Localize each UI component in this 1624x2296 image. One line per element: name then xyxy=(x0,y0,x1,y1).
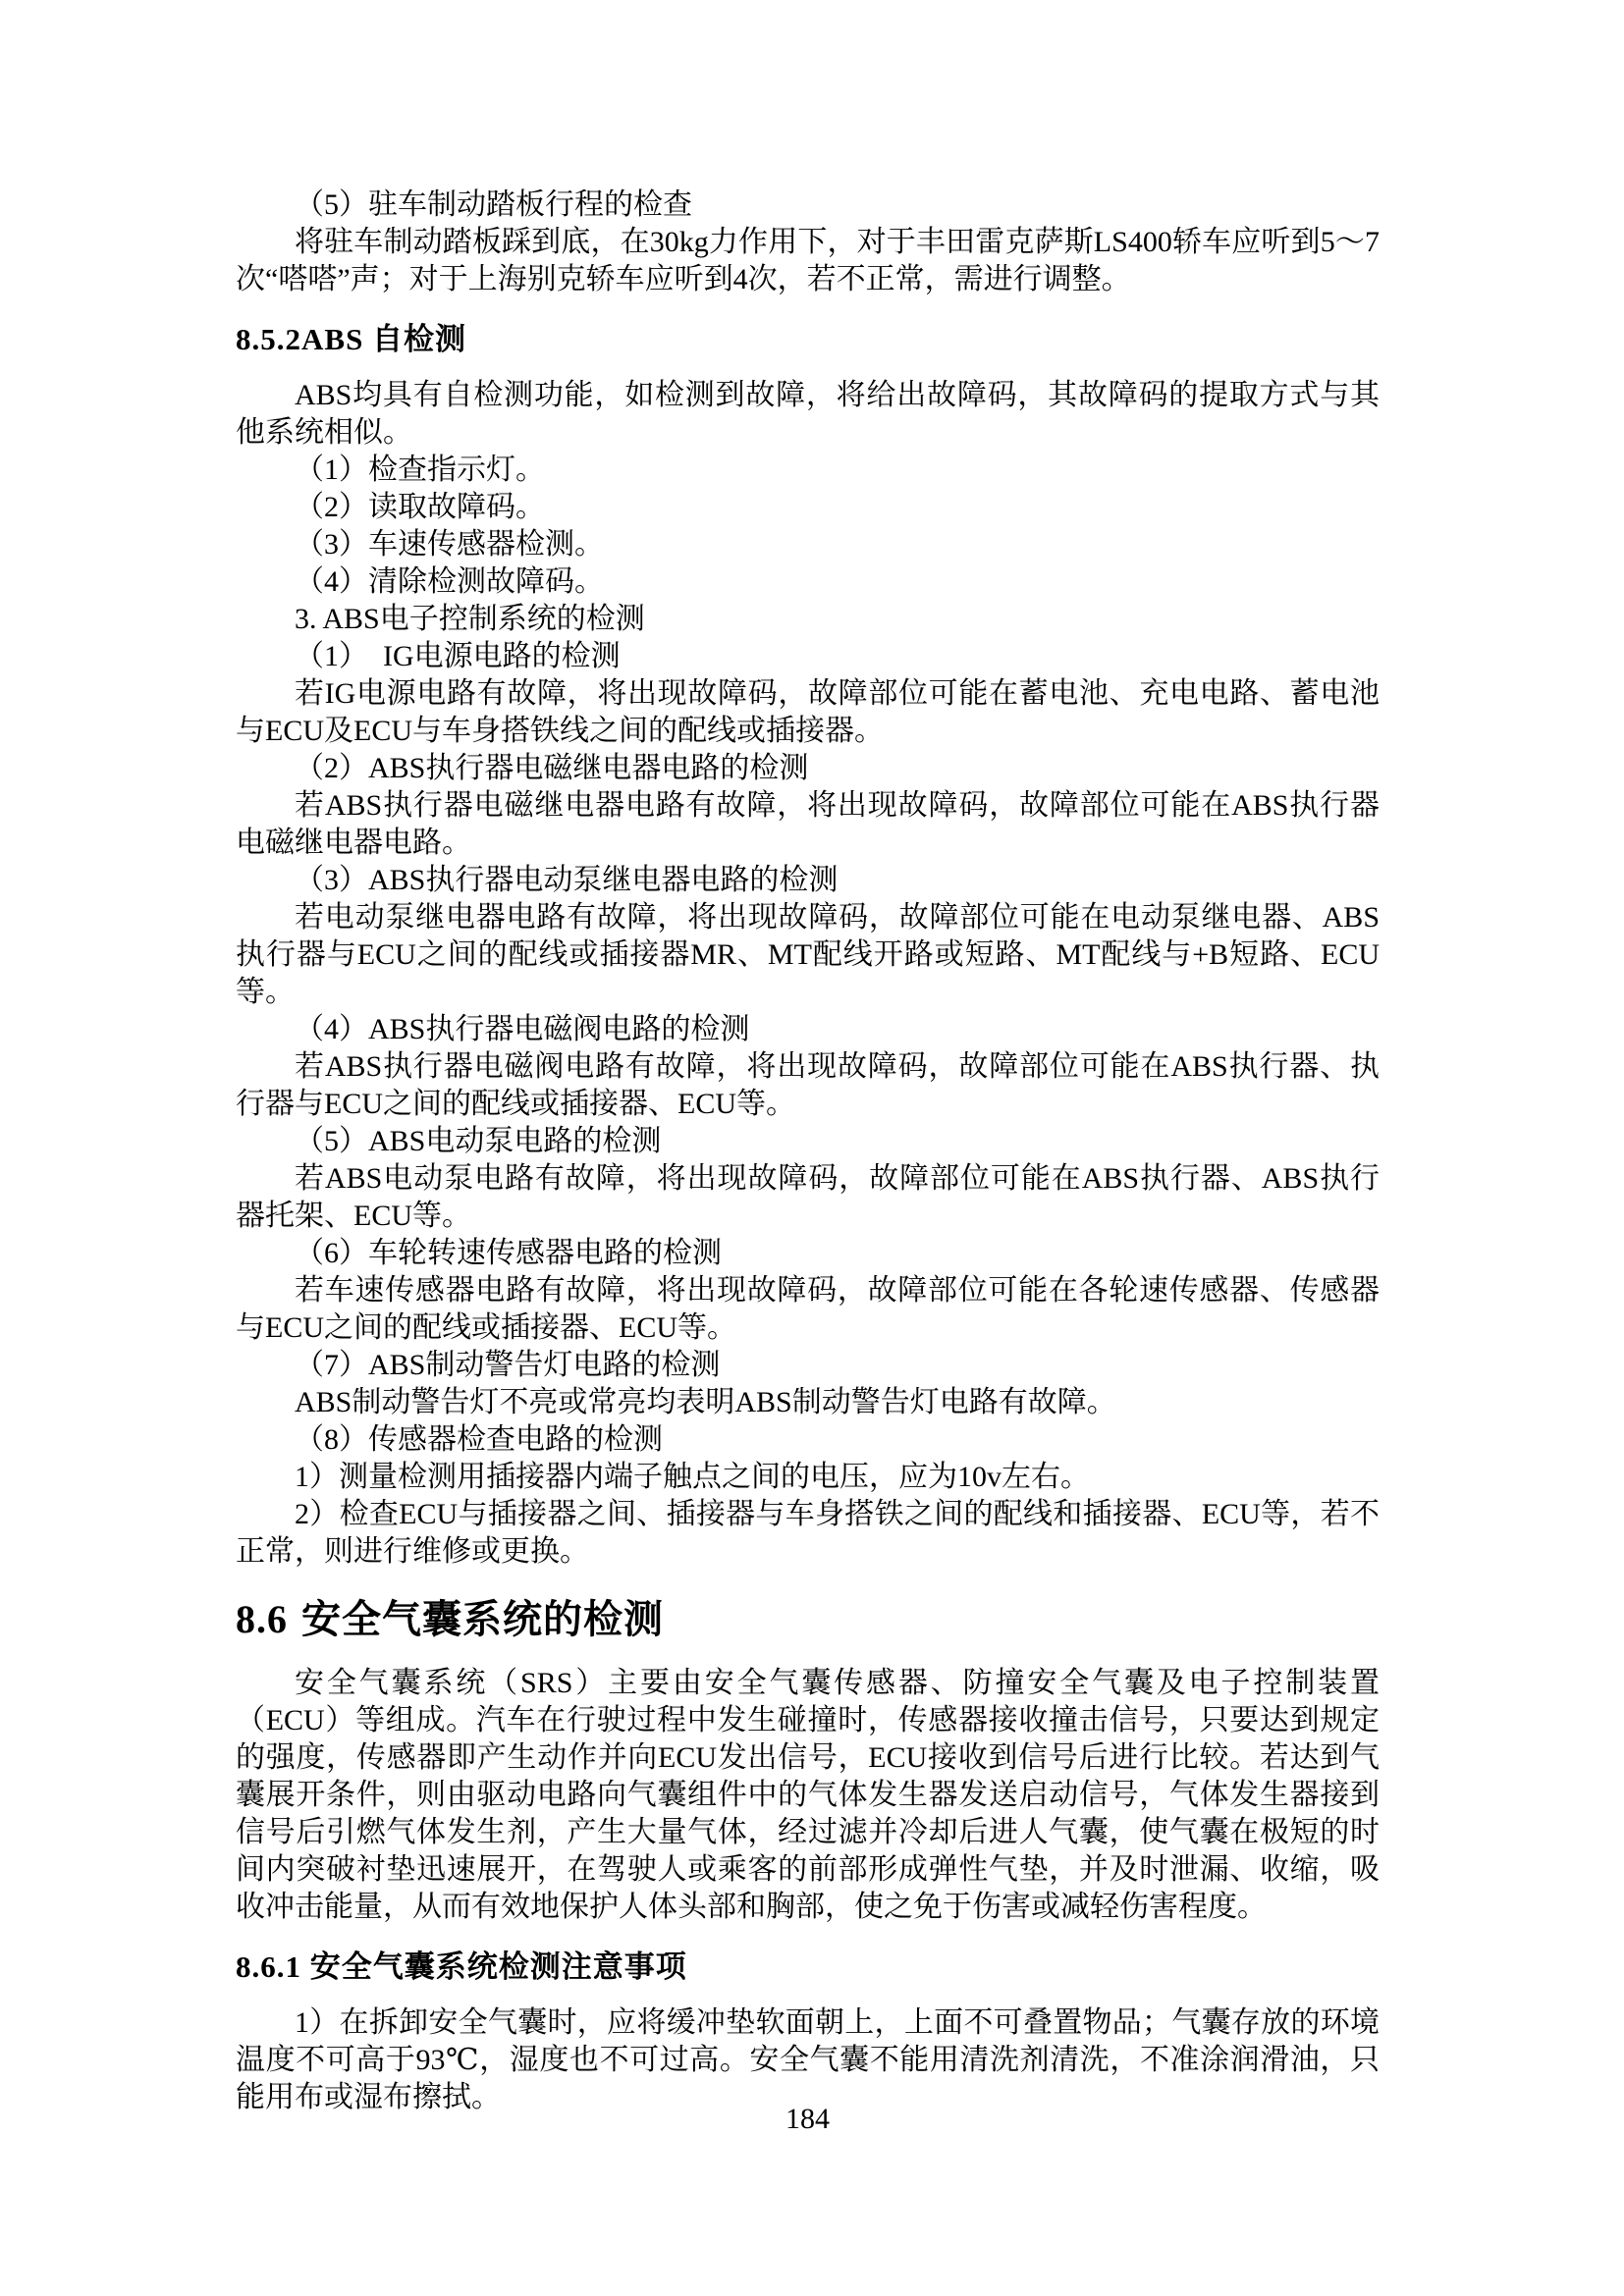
list-item: （6）车轮转速传感器电路的检测 xyxy=(236,1235,1380,1272)
list-item: （5）ABS电动泵电路的检测 xyxy=(236,1123,1380,1160)
section-number: 8.6 xyxy=(236,1597,288,1641)
paragraph: 安全气囊系统（SRS）主要由安全气囊传感器、防撞安全气囊及电子控制装置（ECU）… xyxy=(236,1665,1380,1926)
heading-8-5-2: 8.5.2ABS 自检测 xyxy=(236,320,1380,359)
list-item: （7）ABS制动警告灯电路的检测 xyxy=(236,1347,1380,1384)
list-item: （3）ABS执行器电动泵继电器电路的检测 xyxy=(236,862,1380,899)
page-number: 184 xyxy=(236,2101,1380,2138)
list-item: 3. ABS电子控制系统的检测 xyxy=(236,601,1380,638)
list-item: ABS制动警告灯不亮或常亮均表明ABS制动警告灯电路有故障。 xyxy=(236,1384,1380,1421)
paragraph: 将驻车制动踏板踩到底，在30kg力作用下，对于丰田雷克萨斯LS400轿车应听到5… xyxy=(236,224,1380,298)
list-item: （4）清除检测故障码。 xyxy=(236,563,1380,601)
list-item: （5）驻车制动踏板行程的检查 xyxy=(236,187,1380,224)
list-item: （1） IG电源电路的检测 xyxy=(236,638,1380,675)
paragraph: 1）在拆卸安全气囊时，应将缓冲垫软面朝上，上面不可叠置物品；气囊存放的环境温度不… xyxy=(236,2004,1380,2116)
list-item: （8）传感器检查电路的检测 xyxy=(236,1421,1380,1459)
paragraph: 若IG电源电路有故障，将出现故障码，故障部位可能在蓄电池、充电电路、蓄电池与EC… xyxy=(236,675,1380,750)
list-item: （1）检查指示灯。 xyxy=(236,452,1380,489)
paragraph: 若车速传感器电路有故障，将出现故障码，故障部位可能在各轮速传感器、传感器与ECU… xyxy=(236,1272,1380,1347)
paragraph: 若ABS执行器电磁阀电路有故障，将出现故障码，故障部位可能在ABS执行器、执行器… xyxy=(236,1048,1380,1123)
heading-8-6: 8.6安全气囊系统的检测 xyxy=(236,1594,1380,1645)
list-item: （2）读取故障码。 xyxy=(236,489,1380,526)
list-item: （3）车速传感器检测。 xyxy=(236,526,1380,563)
paragraph: 若ABS执行器电磁继电器电路有故障，将出现故障码，故障部位可能在ABS执行器电磁… xyxy=(236,787,1380,862)
page-content: （5）驻车制动踏板行程的检查 将驻车制动踏板踩到底，在30kg力作用下，对于丰田… xyxy=(236,187,1380,2116)
paragraph: 2）检查ECU与插接器之间、插接器与车身搭铁之间的配线和插接器、ECU等，若不正… xyxy=(236,1496,1380,1571)
list-item: 1）测量检测用插接器内端子触点之间的电压，应为10v左右。 xyxy=(236,1459,1380,1496)
list-item: （2）ABS执行器电磁继电器电路的检测 xyxy=(236,750,1380,787)
heading-8-6-1: 8.6.1 安全气囊系统检测注意事项 xyxy=(236,1948,1380,1987)
section-title: 安全气囊系统的检测 xyxy=(301,1597,664,1641)
paragraph: 若电动泵继电器电路有故障，将出现故障码，故障部位可能在电动泵继电器、ABS执行器… xyxy=(236,899,1380,1011)
document-page: （5）驻车制动踏板行程的检查 将驻车制动踏板踩到底，在30kg力作用下，对于丰田… xyxy=(0,0,1624,2296)
list-item: （4）ABS执行器电磁阀电路的检测 xyxy=(236,1011,1380,1048)
paragraph: ABS均具有自检测功能，如检测到故障，将给出故障码，其故障码的提取方式与其他系统… xyxy=(236,377,1380,452)
paragraph: 若ABS电动泵电路有故障，将出现故障码，故障部位可能在ABS执行器、ABS执行器… xyxy=(236,1160,1380,1235)
